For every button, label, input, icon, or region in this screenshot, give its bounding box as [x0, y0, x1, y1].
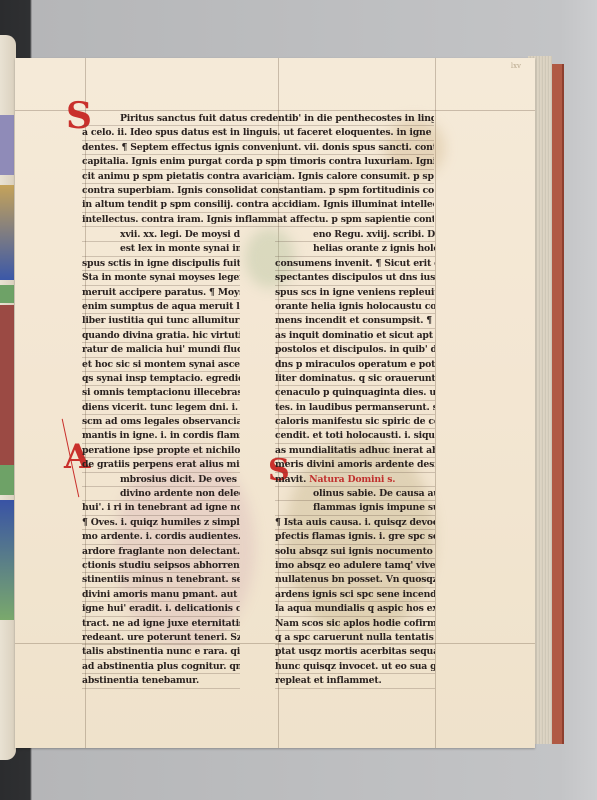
text-line: olinus sabie. De causa auis	[275, 487, 435, 501]
line-text: talis abstinentia nunc e rara. qi semp	[82, 646, 240, 657]
line-text: liber iustitia qui tunc allumitur de aqs…	[82, 315, 240, 326]
line-text: mens incendit et consumpsit. ¶ Debe	[275, 315, 435, 326]
line-text: as mundialitatis adhuc inerat ablu	[275, 445, 435, 456]
text-line: cenaculo p quinquaginta dies. uacan	[275, 386, 435, 400]
line-text: ¶ Ista auis causa. i. quisqz devocione	[275, 517, 435, 528]
text-line: flammas ignis impune sustinet	[275, 501, 435, 515]
line-text: qs synai insp temptacio. egrediens. i.	[82, 373, 240, 384]
line-text: pfectis flamas ignis. i. gre spc sci no	[275, 531, 435, 542]
line-text: solu absqz sui ignis nocumento sustinet	[275, 546, 435, 557]
miniature-gold-figure	[0, 185, 14, 280]
text-line: consumens invenit. ¶ Sicut erit ex	[275, 257, 435, 271]
line-text: divini amoris manu pmant. aut ab	[82, 589, 240, 600]
text-line: divino ardente non delectant. q' uix ter	[82, 487, 240, 501]
text-line: a celo. ii. Ideo spus datus est in lingu…	[82, 126, 434, 140]
line-text: diens vicerit. tunc legem dni. i. spirit…	[82, 402, 240, 413]
line-text: postolos et discipulos. in quib' dns	[275, 344, 435, 355]
text-line: quando divina gratia. hic virtutis lite	[82, 329, 240, 343]
text-line: hui'. i ri in tenebrant ad igne non veni…	[82, 501, 240, 515]
line-text: xvii. xx. legi. De moysi data	[120, 229, 240, 240]
line-text: spus scs in igne veniens repleuit. ita	[275, 287, 435, 298]
line-text: ad abstinentia plus cognitur. qm quali	[82, 661, 240, 672]
line-text: ctionis studiu seipsos abhorrent. ut ab	[82, 560, 240, 571]
line-text: ratur de malicia hui' mundi fluctibus	[82, 344, 240, 355]
line-text: mantis in igne. i. in cordis flamigans o	[82, 430, 240, 441]
line-text: ptat usqz mortis acerbitas sequauit. sed	[275, 646, 435, 657]
line-text: tes. in laudibus permanserunt. sed ignis	[275, 402, 435, 413]
line-text: meris divini amoris ardente desiderio co…	[275, 459, 435, 470]
line-text: consumens invenit. ¶ Sicut erit ex	[275, 258, 435, 269]
text-line: ¶ Oves. i. quiqz humiles z simplices i d…	[82, 516, 240, 530]
line-text: tract. ne ad igne juxe eternitatis sue	[82, 618, 240, 629]
line-text: nullatenus bn posset. Vn quosqz	[275, 574, 435, 585]
line-text: est lex in monte synai in igne. ¶ Sic	[120, 243, 240, 254]
text-line: spus scs in igne veniens repleuit. ita	[275, 286, 435, 300]
line-text: meruit accipere paratus. ¶ Moyses	[82, 287, 240, 298]
text-line: qs synai insp temptacio. egrediens. i.	[82, 372, 240, 386]
text-line: tes. in laudibus permanserunt. sed ignis	[275, 401, 435, 415]
line-text: igne hui' eradit. i. delicationis cosilu…	[82, 603, 240, 614]
miniature-blue-figure	[0, 115, 14, 175]
line-text: dns p miraculos operatum e potencia	[275, 359, 435, 370]
text-line: mens incendit et consumpsit. ¶ Debe	[275, 314, 435, 328]
rubric-text: Natura Domini s.	[309, 474, 395, 485]
text-line: redeant. ure poterunt teneri. Sz hui	[82, 631, 240, 645]
ruling-line-right	[435, 58, 436, 748]
line-text: ardens ignis sci spc sene incendit. ni	[275, 589, 435, 600]
text-line: diens vicerit. tunc legem dni. i. spirit…	[82, 401, 240, 415]
line-text: enim sumptus de aqua meruit legit que	[82, 301, 240, 312]
text-line: ¶ Ista auis causa. i. quisqz devocione	[275, 516, 435, 530]
text-line: la aqua mundialis q aspic hos extinguit	[275, 602, 435, 616]
text-line: divini amoris manu pmant. aut ab	[82, 588, 240, 602]
text-line: cit animu p spm pietatis contra avaricia…	[82, 170, 434, 184]
text-line: mbrosius dicit. De oves in natura	[82, 473, 240, 487]
text-line: mavit. Natura Domini s.	[275, 473, 435, 487]
line-text: q a spc caruerunt nulla tentatis cas	[275, 632, 435, 643]
text-line: spus sctis in igne discipulis fuit datus…	[82, 257, 240, 271]
line-text: si omnis temptacionu illecebras inque	[82, 387, 240, 398]
line-text: cendit. et toti holocausti. i. siquid	[275, 430, 435, 441]
text-line: enim sumptus de aqua meruit legit que	[82, 300, 240, 314]
line-text: redeant. ure poterunt teneri. Sz hui	[82, 632, 240, 643]
line-text: as inquit dominatio et sicut apt a	[275, 330, 435, 341]
line-text: mo ardente. i. cordis audientes. p spiri…	[82, 531, 240, 542]
text-line: intellectus. contra iram. Ignis inflamma…	[82, 213, 434, 227]
text-line: capitalia. Ignis enim purgat corda p spm…	[82, 155, 434, 169]
text-line: est lex in monte synai in igne. ¶ Sic	[82, 242, 240, 256]
folio-number: lxv	[511, 62, 521, 70]
text-line: et hoc sic si montem synai ascenderit.	[82, 358, 240, 372]
text-line: Sta in monte synai moyses legem i igne	[82, 271, 240, 285]
miniature-red-panel	[0, 305, 14, 465]
text-line: as mundialitatis adhuc inerat ablu	[275, 444, 435, 458]
text-line: meris divini amoris ardente desiderio co…	[275, 458, 435, 472]
text-line: ctionis studiu seipsos abhorrent. ut ab	[82, 559, 240, 573]
text-line: ardore fraglante non delectant. i. ad pe…	[82, 545, 240, 559]
line-text: ardore fraglante non delectant. i. ad pe…	[82, 546, 240, 557]
line-text: spectantes discipulos ut dns iusserat.	[275, 272, 435, 283]
line-text: mbrosius dicit. De oves in	[120, 474, 240, 485]
line-text: flammas ignis impune sustinet	[313, 502, 435, 513]
text-line: q a spc caruerunt nulla tentatis cas	[275, 631, 435, 645]
text-line: ptat usqz mortis acerbitas sequauit. sed	[275, 645, 435, 659]
text-line: mo ardente. i. cordis audientes. p spiri…	[82, 530, 240, 544]
text-line: solu absqz sui ignis nocumento sustinet	[275, 545, 435, 559]
miniature-blue-panel	[0, 500, 14, 620]
line-text: hunc quisqz invocet. ut eo sua gra	[275, 661, 435, 672]
miniature-green-band-lower	[0, 465, 14, 495]
line-text: cenaculo p quinquaginta dies. uacan	[275, 387, 435, 398]
line-text: ¶ Oves. i. quiqz humiles z simplices i d…	[82, 517, 240, 528]
text-line: meruit accipere paratus. ¶ Moyses	[82, 286, 240, 300]
text-line: contra superbiam. Ignis consolidat const…	[82, 184, 434, 198]
text-line: dentes. ¶ Septem effectus ignis conveniu…	[82, 141, 434, 155]
line-text: Sta in monte synai moyses legem i igne	[82, 272, 240, 283]
line-text: eno Regu. xviij. scribi. De	[313, 229, 435, 240]
text-line: spectantes discipulos ut dns iusserat.	[275, 271, 435, 285]
line-text: peratione ipse propte et nichilominus	[82, 445, 240, 456]
ruling-line-top	[15, 110, 535, 111]
text-line: eno Regu. xviij. scribi. De veteris	[275, 228, 435, 242]
text-line: cendit. et toti holocausti. i. siquid	[275, 429, 435, 443]
line-text: de gratiis perpens erat alius ministrabi…	[82, 459, 240, 470]
text-line: ad abstinentia plus cognitur. qm quali	[82, 660, 240, 674]
text-line: helias orante z ignis holocausti	[275, 242, 435, 256]
line-text: stinentiis minus n tenebrant. seipos	[82, 574, 240, 585]
text-line: si omnis temptacionu illecebras inque	[82, 386, 240, 400]
line-text: scm ad oms legales observancias cofir	[82, 416, 240, 427]
line-text: Nam scos sic aplos hodie cofirmavit	[275, 618, 435, 629]
text-line: nullatenus bn posset. Vn quosqz	[275, 573, 435, 587]
line-text: quando divina gratia. hic virtutis lite	[82, 330, 240, 341]
line-text: helias orante z ignis holocausti	[313, 243, 435, 254]
line-text: hui'. i ri in tenebrant ad igne non veni…	[82, 502, 240, 513]
line-text: orante helia ignis holocaustu colu	[275, 301, 435, 312]
text-line: stinentiis minus n tenebrant. seipos	[82, 573, 240, 587]
text-line: mantis in igne. i. in cordis flamigans o	[82, 429, 240, 443]
text-line: de gratiis perpens erat alius ministrabi…	[82, 458, 240, 472]
line-text: divino ardente non delectant. q' uix ter	[120, 488, 240, 499]
line-text: la aqua mundialis q aspic hos extinguit	[275, 603, 435, 614]
text-line: pfectis flamas ignis. i. gre spc sci no	[275, 530, 435, 544]
text-line: Nam scos sic aplos hodie cofirmavit	[275, 617, 435, 631]
text-line: hunc quisqz invocet. ut eo sua gra	[275, 660, 435, 674]
text-line: talis abstinentia nunc e rara. qi semp	[82, 645, 240, 659]
line-text: caloris manifestu sic spiric de celo rep…	[275, 416, 435, 427]
line-text: repleat et inflammet.	[275, 675, 382, 686]
line-text: imo absqz eo adulere tamq' vivere	[275, 560, 435, 571]
text-line: scm ad oms legales observancias cofir	[82, 415, 240, 429]
text-column-b: eno Regu. xviij. scribi. De veterishelia…	[275, 228, 435, 689]
text-line: as inquit dominatio et sicut apt a	[275, 329, 435, 343]
text-line: orante helia ignis holocaustu colu	[275, 300, 435, 314]
line-text: liter dominatus. q sic orauerunt. cu i	[275, 373, 435, 384]
text-line: liter dominatus. q sic orauerunt. cu i	[275, 372, 435, 386]
miniature-green-band	[0, 285, 14, 303]
line-text: abstinentia tenebamur.	[82, 675, 199, 686]
text-line: ardens ignis sci spc sene incendit. ni	[275, 588, 435, 602]
line-text: olinus sabie. De causa auis	[313, 488, 435, 499]
line-text: spus sctis in igne discipulis fuit datus…	[82, 258, 240, 269]
text-line: imo absqz eo adulere tamq' vivere	[275, 559, 435, 573]
text-line: peratione ipse propte et nichilominus	[82, 444, 240, 458]
text-line: caloris manifestu sic spiric de celo rep…	[275, 415, 435, 429]
text-line: in altum tendit p spm consilij. contra a…	[82, 198, 434, 212]
text-line: repleat et inflammet.	[275, 674, 435, 688]
text-line: igne hui' eradit. i. delicationis cosilu…	[82, 602, 240, 616]
facing-page-edge	[0, 35, 16, 760]
text-line: Piritus sanctus fuit datus credentib' in…	[82, 112, 434, 126]
text-column-a: xvii. xx. legi. De moysi data vetusest l…	[82, 228, 240, 689]
text-line: ratur de malicia hui' mundi fluctibus	[82, 343, 240, 357]
intro-text-block: Piritus sanctus fuit datus credentib' in…	[82, 112, 434, 227]
text-line: tract. ne ad igne juxe eternitatis sue	[82, 617, 240, 631]
text-line: dns p miraculos operatum e potencia	[275, 358, 435, 372]
text-line: postolos et discipulos. in quib' dns	[275, 343, 435, 357]
text-line: xvii. xx. legi. De moysi data vetus	[82, 228, 240, 242]
line-text: et hoc sic si montem synai ascenderit.	[82, 359, 240, 370]
text-line: liber iustitia qui tunc allumitur de aqs…	[82, 314, 240, 328]
line-text: mavit.	[275, 474, 309, 485]
text-line: abstinentia tenebamur.	[82, 674, 240, 688]
